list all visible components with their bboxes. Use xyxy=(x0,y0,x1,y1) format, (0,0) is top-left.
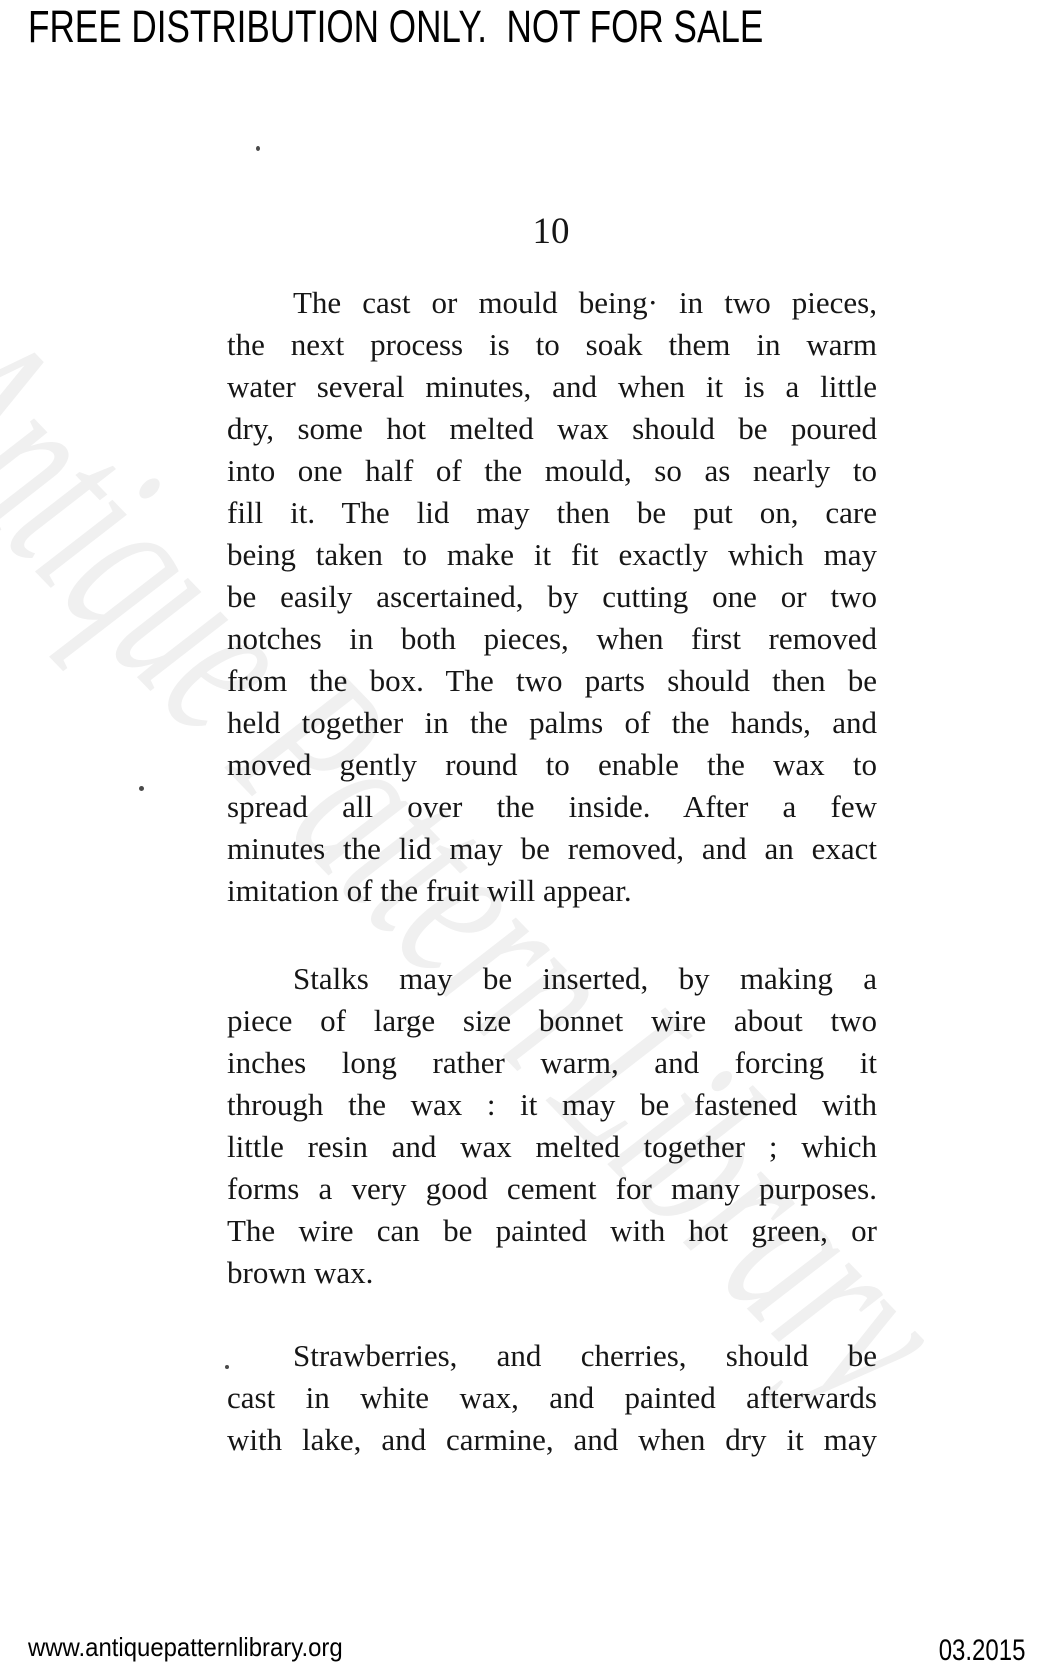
text-line: through the wax : it may be fastened wit… xyxy=(227,1084,877,1126)
ink-speck xyxy=(225,1365,229,1369)
text-line: be easily ascertained, by cutting one or… xyxy=(227,576,877,618)
footer-url: www.antiquepatternlibrary.org xyxy=(28,1632,343,1663)
paragraph: Stalks may be inserted, by making a piec… xyxy=(227,958,877,1294)
text-line: water several minutes, and when it is a … xyxy=(227,366,877,408)
text-line: the next process is to soak them in warm xyxy=(227,324,877,366)
text-line: little resin and wax melted together ; w… xyxy=(227,1126,877,1168)
text-line: being taken to make it fit exactly which… xyxy=(227,534,877,576)
paragraph: The cast or mould being· in two pieces, … xyxy=(227,282,877,912)
text-line: The cast or mould being· in two pieces, xyxy=(227,282,877,324)
text-line: Stalks may be inserted, by making a xyxy=(227,958,877,1000)
scanned-book-page: Antique Pattern Library FREE DISTRIBUTIO… xyxy=(0,0,1050,1680)
text-line: into one half of the mould, so as nearly… xyxy=(227,450,877,492)
text-line: forms a very good cement for many purpos… xyxy=(227,1168,877,1210)
text-line: brown wax. xyxy=(227,1252,877,1294)
text-line: imitation of the fruit will appear. xyxy=(227,870,877,912)
text-line: fill it. The lid may then be put on, car… xyxy=(227,492,877,534)
text-line: minutes the lid may be removed, and an e… xyxy=(227,828,877,870)
header-notice: FREE DISTRIBUTION ONLY. NOT FOR SALE xyxy=(28,1,763,53)
text-line: moved gently round to enable the wax to xyxy=(227,744,877,786)
text-line: held together in the palms of the hands,… xyxy=(227,702,877,744)
text-line: The wire can be painted with hot green, … xyxy=(227,1210,877,1252)
text-line: cast in white wax, and painted afterward… xyxy=(227,1377,877,1419)
text-line: Strawberries, and cherries, should be xyxy=(227,1335,877,1377)
ink-speck xyxy=(256,146,260,151)
page-number: 10 xyxy=(516,212,586,253)
text-line: from the box. The two parts should then … xyxy=(227,660,877,702)
paragraph: Strawberries, and cherries, should be ca… xyxy=(227,1335,877,1461)
footer-date: 03.2015 xyxy=(938,1634,1025,1668)
text-line: dry, some hot melted wax should be poure… xyxy=(227,408,877,450)
text-line: notches in both pieces, when first remov… xyxy=(227,618,877,660)
text-line: piece of large size bonnet wire about tw… xyxy=(227,1000,877,1042)
text-line: inches long rather warm, and forcing it xyxy=(227,1042,877,1084)
text-line: with lake, and carmine, and when dry it … xyxy=(227,1419,877,1461)
text-line: spread all over the inside. After a few xyxy=(227,786,877,828)
ink-speck xyxy=(139,786,144,791)
